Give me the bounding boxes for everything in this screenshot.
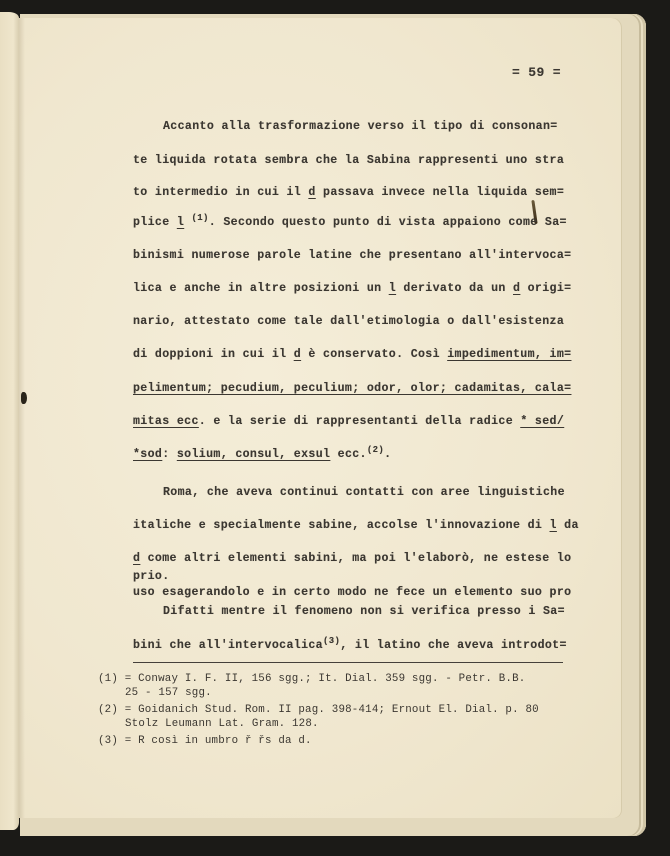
left-page-edge bbox=[0, 12, 19, 830]
footnote-continuation: Stolz Leumann Lat. Gram. 128. bbox=[125, 719, 319, 730]
text-run: derivato da un bbox=[396, 282, 513, 295]
underlined-term: solium, consul, exsul bbox=[177, 448, 330, 461]
footnote-reference: (3) bbox=[323, 636, 340, 646]
body-line: to intermedio in cui il d passava invece… bbox=[133, 187, 564, 199]
text-run: binismi numerose parole latine che prese… bbox=[133, 249, 571, 262]
binding-hole bbox=[21, 392, 27, 404]
text-run: nario, attestato come tale dall'etimolog… bbox=[133, 315, 564, 328]
body-line: Accanto alla trasformazione verso il tip… bbox=[163, 121, 558, 133]
text-run: come altri elementi sabini, ma poi l'ela… bbox=[140, 552, 571, 565]
body-line: d come altri elementi sabini, ma poi l'e… bbox=[133, 553, 571, 565]
gutter-shadow bbox=[19, 18, 25, 818]
footnote-continuation: 25 - 157 sgg. bbox=[125, 688, 212, 699]
text-run: origi= bbox=[520, 282, 571, 295]
footnote-entry: (2) = Goidanich Stud. Rom. II pag. 398-4… bbox=[98, 705, 539, 716]
text-run: è conservato. Così bbox=[301, 348, 447, 361]
body-line: nario, attestato come tale dall'etimolog… bbox=[133, 316, 564, 328]
body-line: plice l (1). Secondo questo punto di vis… bbox=[133, 217, 567, 229]
footnote-entry: (3) = R così in umbro ř řs da d. bbox=[98, 736, 312, 747]
underlined-term: *sod bbox=[133, 448, 162, 461]
text-run: , il latino che aveva introdot= bbox=[340, 639, 567, 652]
footnote-separator bbox=[133, 662, 563, 663]
underlined-term: d bbox=[308, 186, 315, 199]
underlined-term: impedimentum, im= bbox=[447, 348, 571, 361]
text-run: : bbox=[162, 448, 177, 461]
body-line: Difatti mentre il fenomeno non si verifi… bbox=[163, 606, 565, 618]
underlined-term: * sed/ bbox=[520, 415, 564, 428]
body-line: pelimentum; pecudium, peculium; odor, ol… bbox=[133, 383, 571, 395]
underlined-term: d bbox=[294, 348, 301, 361]
body-line: uso esagerandolo e in certo modo ne fece… bbox=[133, 587, 571, 599]
footnote-entry: (1) = Conway I. F. II, 156 sgg.; It. Dia… bbox=[98, 674, 525, 685]
text-run: stra bbox=[535, 154, 564, 167]
text-run: italiche e specialmente sabine, accolse … bbox=[133, 519, 550, 532]
body-line: *sod: solium, consul, exsul ecc.(2). bbox=[133, 449, 391, 461]
body-line: italiche e specialmente sabine, accolse … bbox=[133, 520, 579, 532]
text-run: da bbox=[557, 519, 579, 532]
text-run: Accanto alla trasformazione verso il tip… bbox=[163, 120, 558, 133]
text-run: ecc. bbox=[330, 448, 367, 461]
text-run: . bbox=[384, 448, 391, 461]
body-line: bini che all'intervocalica(3), il latino… bbox=[133, 640, 567, 652]
text-run: uso esagerandolo e in certo modo ne fece… bbox=[133, 586, 571, 599]
text-run: to intermedio in cui il bbox=[133, 186, 308, 199]
body-line: prio. bbox=[133, 571, 170, 583]
underlined-term: l bbox=[389, 282, 396, 295]
footnote-reference: (1) bbox=[191, 213, 208, 223]
footnote-reference: (2) bbox=[367, 445, 384, 455]
body-line: te liquida rotata sembra che la Sabina r… bbox=[133, 155, 564, 167]
text-run: di doppioni in cui il bbox=[133, 348, 294, 361]
body-line: di doppioni in cui il d è conservato. Co… bbox=[133, 349, 571, 361]
text-run: . e la serie di rappresentanti della rad… bbox=[199, 415, 521, 428]
text-run: te liquida rotata sembra che la Sabina r… bbox=[133, 154, 535, 167]
body-line: mitas ecc. e la serie di rappresentanti … bbox=[133, 416, 564, 428]
body-line: binismi numerose parole latine che prese… bbox=[133, 250, 571, 262]
text-run: Roma, che aveva continui contatti con ar… bbox=[163, 486, 565, 499]
underlined-term: l bbox=[550, 519, 557, 532]
underlined-term: pelimentum; pecudium, peculium; odor, ol… bbox=[133, 382, 571, 395]
text-run: lica e anche in altre posizioni un bbox=[133, 282, 389, 295]
text-run: plice bbox=[133, 216, 177, 229]
text-run: prio. bbox=[133, 570, 170, 583]
text-run: passava invece nella liquida sem= bbox=[316, 186, 564, 199]
body-line: Roma, che aveva continui contatti con ar… bbox=[163, 487, 565, 499]
text-run: . Secondo questo punto di vista appaiono… bbox=[209, 216, 567, 229]
page-number: = 59 = bbox=[512, 66, 561, 79]
text-run: bini che all'intervocalica bbox=[133, 639, 323, 652]
text-run: Difatti mentre il fenomeno non si verifi… bbox=[163, 605, 565, 618]
underlined-term: mitas ecc bbox=[133, 415, 199, 428]
body-line: lica e anche in altre posizioni un l der… bbox=[133, 283, 571, 295]
